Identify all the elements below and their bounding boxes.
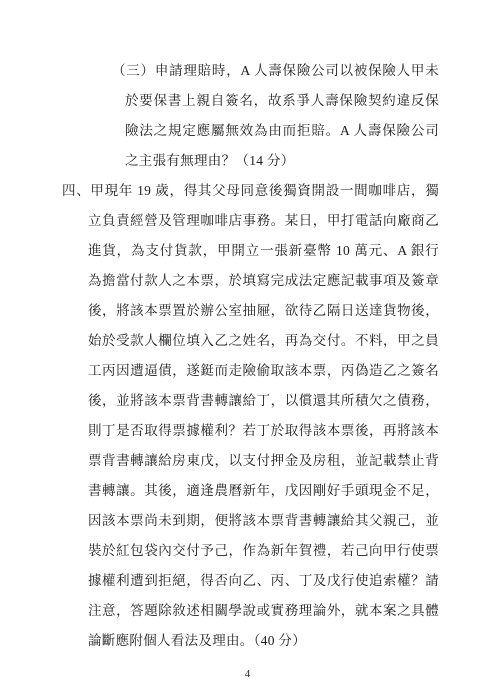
exam-body: （三）申請理賠時，A 人壽保險公司以被保險人甲未於要保書上親自簽名，故系爭人壽保…: [62, 56, 439, 656]
question-3-sub3-label: （三）: [112, 63, 155, 78]
question-4-label: 四、: [62, 183, 90, 198]
question-4: 四、甲現年 19 歲，得其父母同意後獨資開設一間咖啡店，獨立負責經營及管理咖啡店…: [62, 176, 439, 656]
question-4-text: 甲現年 19 歲，得其父母同意後獨資開設一間咖啡店，獨立負責經營及管理咖啡店事務…: [88, 183, 439, 648]
question-3-sub3-text: 申請理賠時，A 人壽保險公司以被保險人甲未於要保書上親自簽名，故系爭人壽保險契約…: [125, 63, 439, 168]
question-3-sub3: （三）申請理賠時，A 人壽保險公司以被保險人甲未於要保書上親自簽名，故系爭人壽保…: [62, 56, 439, 176]
exam-paper-page: （三）申請理賠時，A 人壽保險公司以被保險人甲未於要保書上親自簽名，故系爭人壽保…: [0, 0, 495, 700]
page-number: 4: [0, 668, 495, 680]
